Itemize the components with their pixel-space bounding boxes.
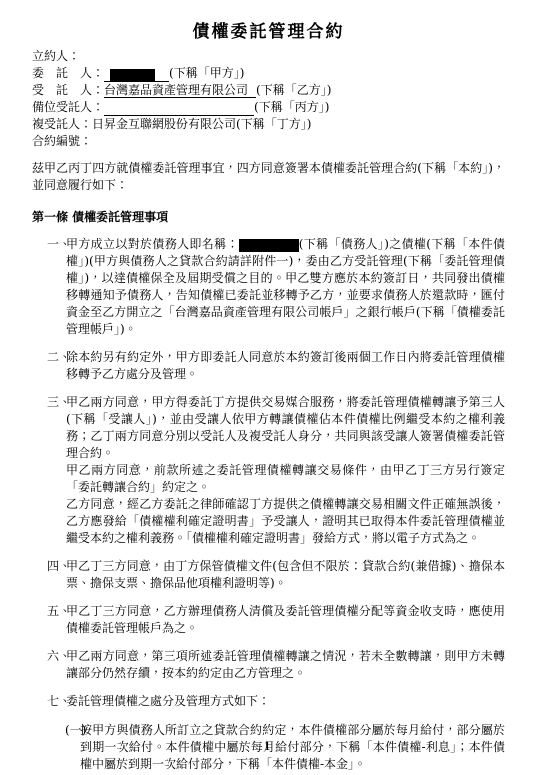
contract-item-7: 七、 委託管理債權之處分及管理方式如下：: [32, 693, 505, 710]
section-1-heading: 第一條 債權委託管理事項: [32, 209, 505, 226]
contract-document-page: 債權委託管理合約 立約人： 委 託 人：(下稱「甲方」) 受 託 人：台灣嘉品資…: [0, 0, 535, 775]
party-line-client: 委 託 人：(下稱「甲方」): [32, 65, 505, 82]
party-line-trustee: 受 託 人：台灣嘉品資產管理有限公司(下稱「乙方」): [32, 82, 505, 99]
item-3-paragraph-2: 甲乙兩方同意，前款所述之委託管理債權轉讓交易條件，由甲乙丁三方另行簽定 「委託轉…: [66, 462, 505, 496]
sub-trustee-name: 日昇金互聯網股份有限公司(下稱「丁方」): [92, 117, 311, 131]
contract-item-2: 二、 除本約另有約定外，甲方即委託人同意於本約簽訂後兩個工作日內將委託管理債權移…: [32, 349, 505, 383]
item-6-text: 甲乙兩方同意，第三項所述委託管理債權轉讓之情況，若未全數轉讓，則甲方未轉讓部分仍…: [66, 648, 505, 682]
debtor-name-redaction-box: [239, 239, 299, 252]
client-label: 委 託 人：: [32, 66, 104, 80]
contract-number-line: 合約編號：: [32, 133, 505, 150]
sub-trustee-label: 複受託人：: [32, 117, 92, 131]
backup-trustee-name-blank: [104, 102, 254, 116]
backup-trustee-alias: (下稱「丙方」): [254, 100, 329, 114]
item-2-text: 除本約另有約定外，甲方即委託人同意於本約簽訂後兩個工作日內將委託管理債權移轉予乙…: [66, 349, 505, 383]
client-name-blank: [104, 68, 169, 82]
item-3-paragraph-1: 甲乙兩方同意，甲方得委託丁方提供交易媒合服務，將委託管理債權轉讓予第三人(下稱「…: [66, 394, 505, 462]
item-4-number: 四、: [47, 558, 71, 575]
item-3-paragraph-3: 乙方同意，經乙方委託之律師確認丁方提供之債權轉讓交易相關文件正確無誤後，乙方應發…: [66, 496, 505, 547]
client-name-redaction-box: [110, 69, 155, 82]
item-7-text: 委託管理債權之處分及管理方式如下：: [66, 693, 505, 710]
trustee-label: 受 託 人：: [32, 83, 104, 97]
page-title: 債權委託管理合約: [32, 17, 505, 42]
preamble-paragraph: 茲甲乙丙丁四方就債權委託管理事宜，四方同意簽署本債權委託管理合約(下稱「本約」)…: [32, 160, 505, 194]
item-7-number: 七、: [47, 693, 71, 710]
contract-item-3: 三、 甲乙兩方同意，甲方得委託丁方提供交易媒合服務，將委託管理債權轉讓予第三人(…: [32, 394, 505, 547]
contract-item-4: 四、 甲乙丁三方同意，由丁方保管債權文件(包含但不限於：貸款合約(兼借據)、擔保…: [32, 558, 505, 592]
item-3-number: 三、: [47, 394, 71, 411]
contract-item-1: 一、 甲方成立以對於債務人即名稱：(下稱「債務人」)之債權(下稱「本件債權」)(…: [32, 236, 505, 338]
party-line-backup-trustee: 備位受託人：(下稱「丙方」): [32, 99, 505, 116]
backup-trustee-label: 備位受託人：: [32, 100, 104, 114]
client-alias: (下稱「甲方」): [169, 66, 244, 80]
item-6-number: 六、: [47, 648, 71, 665]
item-4-text: 甲乙丁三方同意，由丁方保管債權文件(包含但不限於：貸款合約(兼借據)、擔保本票、…: [66, 558, 505, 592]
item-1-text-before-redaction: 甲方成立以對於債務人即名稱：: [66, 237, 239, 251]
item-1-text: 甲方成立以對於債務人即名稱：(下稱「債務人」)之債權(下稱「本件債權」)(甲方與…: [66, 236, 505, 338]
contract-item-6: 六、 甲乙兩方同意，第三項所述委託管理債權轉讓之情況，若未全數轉讓，則甲方未轉讓…: [32, 648, 505, 682]
trustee-name: 台灣嘉品資產管理有限公司: [104, 83, 256, 98]
page-number: 1: [0, 740, 535, 753]
item-2-number: 二、: [47, 349, 71, 366]
contract-item-5: 五、 甲乙丁三方同意，乙方辦理債務人清償及委託管理債權分配等資金收支時，應使用債…: [32, 603, 505, 637]
item-5-text: 甲乙丁三方同意，乙方辦理債務人清償及委託管理債權分配等資金收支時，應使用債權委託…: [66, 603, 505, 637]
subitem-7-1-number: (一): [65, 722, 86, 739]
item-5-number: 五、: [47, 603, 71, 620]
item-1-number: 一、: [47, 236, 71, 253]
contract-number-label: 合約編號：: [32, 134, 92, 148]
parties-intro-label: 立約人：: [32, 49, 80, 63]
trustee-alias: (下稱「乙方」): [256, 83, 331, 97]
parties-intro-line: 立約人：: [32, 48, 505, 65]
party-line-sub-trustee: 複受託人：日昇金互聯網股份有限公司(下稱「丁方」): [32, 116, 505, 133]
